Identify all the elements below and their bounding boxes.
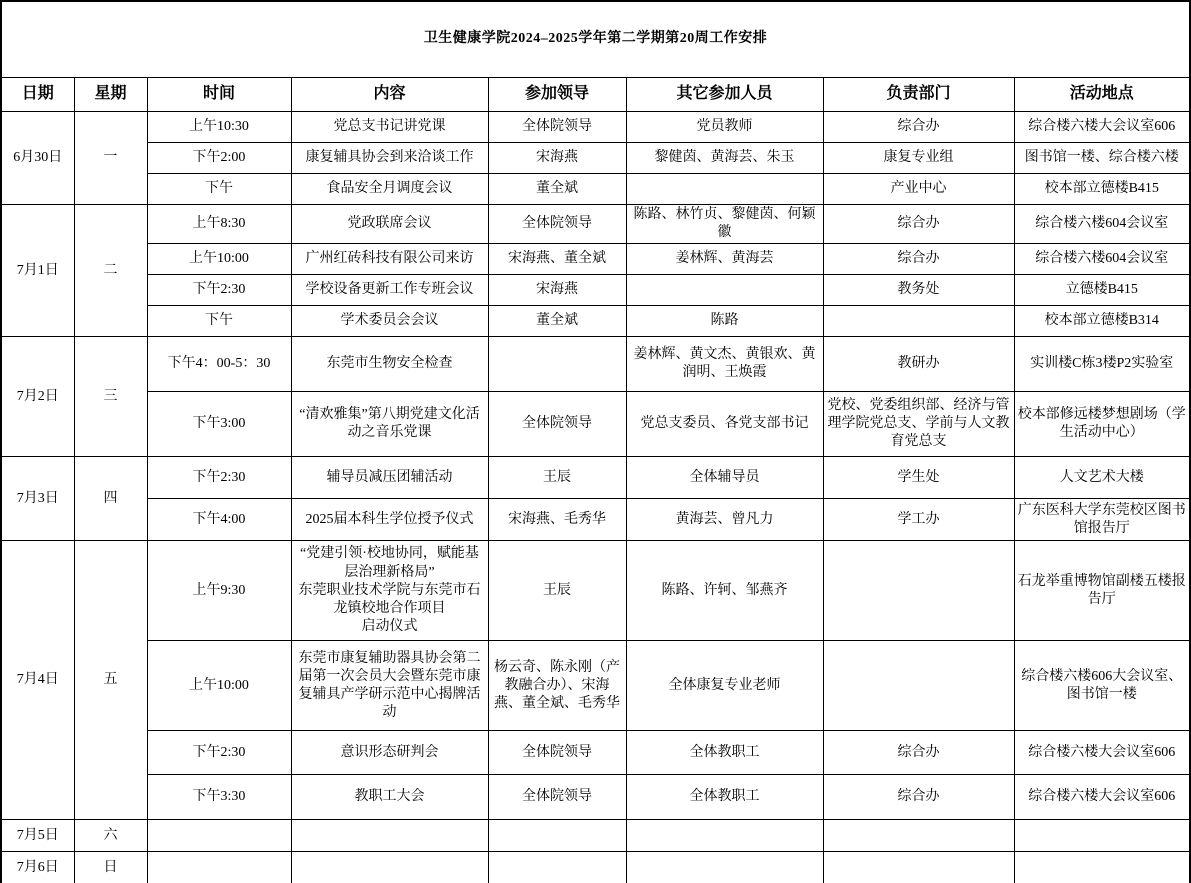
time-cell: 下午2:30 (147, 731, 291, 775)
column-header-6: 负责部门 (823, 78, 1014, 112)
others-cell: 党员教师 (626, 112, 823, 143)
department-cell (823, 820, 1014, 852)
column-header-4: 参加领导 (488, 78, 626, 112)
location-cell: 图书馆一楼、综合楼六楼 (1014, 143, 1190, 174)
time-cell (147, 820, 291, 852)
others-cell: 全体教职工 (626, 775, 823, 820)
others-cell (626, 852, 823, 883)
table-row: 下午2:30意识形态研判会全体院领导全体教职工综合办综合楼六楼大会议室606 (1, 731, 1190, 775)
others-cell (626, 174, 823, 205)
weekday-cell: 四 (74, 457, 147, 541)
table-row: 7月3日四下午2:30辅导员减压团辅活动王辰全体辅导员学生处人文艺术大楼 (1, 457, 1190, 499)
table-row: 7月5日六 (1, 820, 1190, 852)
department-cell: 综合办 (823, 112, 1014, 143)
column-header-0: 日期 (1, 78, 74, 112)
table-row: 上午10:00东莞市康复辅助器具协会第二届第一次会员大会暨东莞市康复辅具产学研示… (1, 641, 1190, 731)
time-cell: 下午3:30 (147, 775, 291, 820)
column-header-3: 内容 (291, 78, 488, 112)
column-header-7: 活动地点 (1014, 78, 1190, 112)
others-cell: 黎健茵、黄海芸、朱玉 (626, 143, 823, 174)
time-cell: 下午2:30 (147, 457, 291, 499)
content-cell: 东莞市康复辅助器具协会第二届第一次会员大会暨东莞市康复辅具产学研示范中心揭牌活动 (291, 641, 488, 731)
location-cell: 人文艺术大楼 (1014, 457, 1190, 499)
leaders-cell: 全体院领导 (488, 392, 626, 457)
leaders-cell (488, 337, 626, 392)
leaders-cell: 宋海燕 (488, 143, 626, 174)
department-cell: 学工办 (823, 499, 1014, 541)
date-cell: 6月30日 (1, 112, 74, 205)
date-cell: 7月2日 (1, 337, 74, 457)
time-cell: 下午 (147, 306, 291, 337)
location-cell (1014, 852, 1190, 883)
location-cell: 综合楼六楼大会议室606 (1014, 775, 1190, 820)
table-row: 7月2日三下午4：00-5：30东莞市生物安全检查姜林辉、黄文杰、黄银欢、黄润明… (1, 337, 1190, 392)
table-row: 下午3:30教职工大会全体院领导全体教职工综合办综合楼六楼大会议室606 (1, 775, 1190, 820)
others-cell: 全体教职工 (626, 731, 823, 775)
content-cell: “清欢雅集”第八期党建文化活动之音乐党课 (291, 392, 488, 457)
leaders-cell: 全体院领导 (488, 112, 626, 143)
department-cell: 综合办 (823, 731, 1014, 775)
schedule-body: 6月30日一上午10:30党总支书记讲党课全体院领导党员教师综合办综合楼六楼大会… (1, 112, 1190, 883)
date-cell: 7月3日 (1, 457, 74, 541)
others-cell: 黄海芸、曾凡力 (626, 499, 823, 541)
department-cell (823, 541, 1014, 641)
date-cell: 7月1日 (1, 205, 74, 337)
leaders-cell (488, 820, 626, 852)
others-cell: 全体辅导员 (626, 457, 823, 499)
column-header-row: 日期星期时间内容参加领导其它参加人员负责部门活动地点 (1, 78, 1190, 112)
table-row: 6月30日一上午10:30党总支书记讲党课全体院领导党员教师综合办综合楼六楼大会… (1, 112, 1190, 143)
leaders-cell: 全体院领导 (488, 731, 626, 775)
content-cell: 教职工大会 (291, 775, 488, 820)
department-cell: 学生处 (823, 457, 1014, 499)
column-header-1: 星期 (74, 78, 147, 112)
time-cell: 下午2:30 (147, 275, 291, 306)
department-cell (823, 306, 1014, 337)
location-cell: 综合楼六楼大会议室606 (1014, 731, 1190, 775)
time-cell: 上午10:30 (147, 112, 291, 143)
content-cell: 2025届本科生学位授予仪式 (291, 499, 488, 541)
others-cell: 陈路、林竹贞、黎健茵、何颖徽 (626, 205, 823, 244)
leaders-cell: 宋海燕、毛秀华 (488, 499, 626, 541)
leaders-cell: 王辰 (488, 457, 626, 499)
content-cell: 学校设备更新工作专班会议 (291, 275, 488, 306)
others-cell (626, 275, 823, 306)
others-cell: 陈路 (626, 306, 823, 337)
department-cell: 党校、党委组织部、经济与管理学院党总支、学前与人文教育党总支 (823, 392, 1014, 457)
time-cell: 下午4:00 (147, 499, 291, 541)
content-cell: 党总支书记讲党课 (291, 112, 488, 143)
department-cell: 综合办 (823, 775, 1014, 820)
content-cell: 广州红砖科技有限公司来访 (291, 244, 488, 275)
table-row: 下午学术委员会会议董全斌陈路校本部立德楼B314 (1, 306, 1190, 337)
leaders-cell (488, 852, 626, 883)
time-cell: 上午10:00 (147, 641, 291, 731)
others-cell: 姜林辉、黄文杰、黄银欢、黄润明、王焕霞 (626, 337, 823, 392)
column-header-2: 时间 (147, 78, 291, 112)
time-cell: 下午2:00 (147, 143, 291, 174)
location-cell: 立德楼B415 (1014, 275, 1190, 306)
time-cell: 上午10:00 (147, 244, 291, 275)
location-cell: 实训楼C栋3楼P2实验室 (1014, 337, 1190, 392)
content-cell (291, 852, 488, 883)
page: 卫生健康学院2024–2025学年第二学期第20周工作安排 日期星期时间内容参加… (0, 0, 1191, 883)
time-cell: 下午4：00-5：30 (147, 337, 291, 392)
department-cell (823, 641, 1014, 731)
content-cell: 辅导员减压团辅活动 (291, 457, 488, 499)
time-cell (147, 852, 291, 883)
weekday-cell: 日 (74, 852, 147, 883)
date-cell: 7月6日 (1, 852, 74, 883)
location-cell: 综合楼六楼604会议室 (1014, 205, 1190, 244)
content-cell (291, 820, 488, 852)
location-cell: 广东医科大学东莞校区图书馆报告厅 (1014, 499, 1190, 541)
content-cell: 食品安全月调度会议 (291, 174, 488, 205)
department-cell: 教务处 (823, 275, 1014, 306)
time-cell: 下午 (147, 174, 291, 205)
page-title: 卫生健康学院2024–2025学年第二学期第20周工作安排 (1, 1, 1190, 78)
table-row: 下午2:30学校设备更新工作专班会议宋海燕教务处立德楼B415 (1, 275, 1190, 306)
time-cell: 上午9:30 (147, 541, 291, 641)
leaders-cell: 董全斌 (488, 306, 626, 337)
location-cell: 校本部立德楼B415 (1014, 174, 1190, 205)
table-row: 下午2:00康复辅具协会到来洽谈工作宋海燕黎健茵、黄海芸、朱玉康复专业组图书馆一… (1, 143, 1190, 174)
location-cell: 综合楼六楼604会议室 (1014, 244, 1190, 275)
leaders-cell: 全体院领导 (488, 205, 626, 244)
time-cell: 上午8:30 (147, 205, 291, 244)
location-cell: 综合楼六楼大会议室606 (1014, 112, 1190, 143)
content-cell: 党政联席会议 (291, 205, 488, 244)
others-cell (626, 820, 823, 852)
location-cell: 综合楼六楼606大会议室、图书馆一楼 (1014, 641, 1190, 731)
department-cell: 康复专业组 (823, 143, 1014, 174)
table-row: 下午4:002025届本科生学位授予仪式宋海燕、毛秀华黄海芸、曾凡力学工办广东医… (1, 499, 1190, 541)
table-row: 上午10:00广州红砖科技有限公司来访宋海燕、董全斌姜林辉、黄海芸综合办综合楼六… (1, 244, 1190, 275)
content-cell: 学术委员会会议 (291, 306, 488, 337)
department-cell (823, 852, 1014, 883)
leaders-cell: 全体院领导 (488, 775, 626, 820)
table-row: 7月6日日 (1, 852, 1190, 883)
content-cell: 意识形态研判会 (291, 731, 488, 775)
leaders-cell: 宋海燕 (488, 275, 626, 306)
weekday-cell: 三 (74, 337, 147, 457)
date-cell: 7月4日 (1, 541, 74, 820)
department-cell: 综合办 (823, 244, 1014, 275)
location-cell: 石龙举重博物馆副楼五楼报告厅 (1014, 541, 1190, 641)
table-row: 下午3:00“清欢雅集”第八期党建文化活动之音乐党课全体院领导党总支委员、各党支… (1, 392, 1190, 457)
weekday-cell: 二 (74, 205, 147, 337)
leaders-cell: 王辰 (488, 541, 626, 641)
table-row: 7月1日二上午8:30党政联席会议全体院领导陈路、林竹贞、黎健茵、何颖徽综合办综… (1, 205, 1190, 244)
others-cell: 全体康复专业老师 (626, 641, 823, 731)
department-cell: 产业中心 (823, 174, 1014, 205)
content-cell: “党建引领·校地协同，赋能基层治理新格局” 东莞职业技术学院与东莞市石龙镇校地合… (291, 541, 488, 641)
others-cell: 陈路、许轲、邹燕齐 (626, 541, 823, 641)
leaders-cell: 宋海燕、董全斌 (488, 244, 626, 275)
time-cell: 下午3:00 (147, 392, 291, 457)
leaders-cell: 杨云奇、陈永刚（产教融合办）、宋海燕、董全斌、毛秀华 (488, 641, 626, 731)
title-row: 卫生健康学院2024–2025学年第二学期第20周工作安排 (1, 1, 1190, 78)
table-row: 下午食品安全月调度会议董全斌产业中心校本部立德楼B415 (1, 174, 1190, 205)
leaders-cell: 董全斌 (488, 174, 626, 205)
column-header-5: 其它参加人员 (626, 78, 823, 112)
location-cell (1014, 820, 1190, 852)
date-cell: 7月5日 (1, 820, 74, 852)
weekday-cell: 五 (74, 541, 147, 820)
weekday-cell: 六 (74, 820, 147, 852)
others-cell: 姜林辉、黄海芸 (626, 244, 823, 275)
department-cell: 综合办 (823, 205, 1014, 244)
content-cell: 康复辅具协会到来洽谈工作 (291, 143, 488, 174)
schedule-table: 卫生健康学院2024–2025学年第二学期第20周工作安排 日期星期时间内容参加… (0, 0, 1191, 883)
location-cell: 校本部修远楼梦想剧场（学生活动中心） (1014, 392, 1190, 457)
department-cell: 教研办 (823, 337, 1014, 392)
weekday-cell: 一 (74, 112, 147, 205)
others-cell: 党总支委员、各党支部书记 (626, 392, 823, 457)
location-cell: 校本部立德楼B314 (1014, 306, 1190, 337)
table-row: 7月4日五上午9:30“党建引领·校地协同，赋能基层治理新格局” 东莞职业技术学… (1, 541, 1190, 641)
content-cell: 东莞市生物安全检查 (291, 337, 488, 392)
